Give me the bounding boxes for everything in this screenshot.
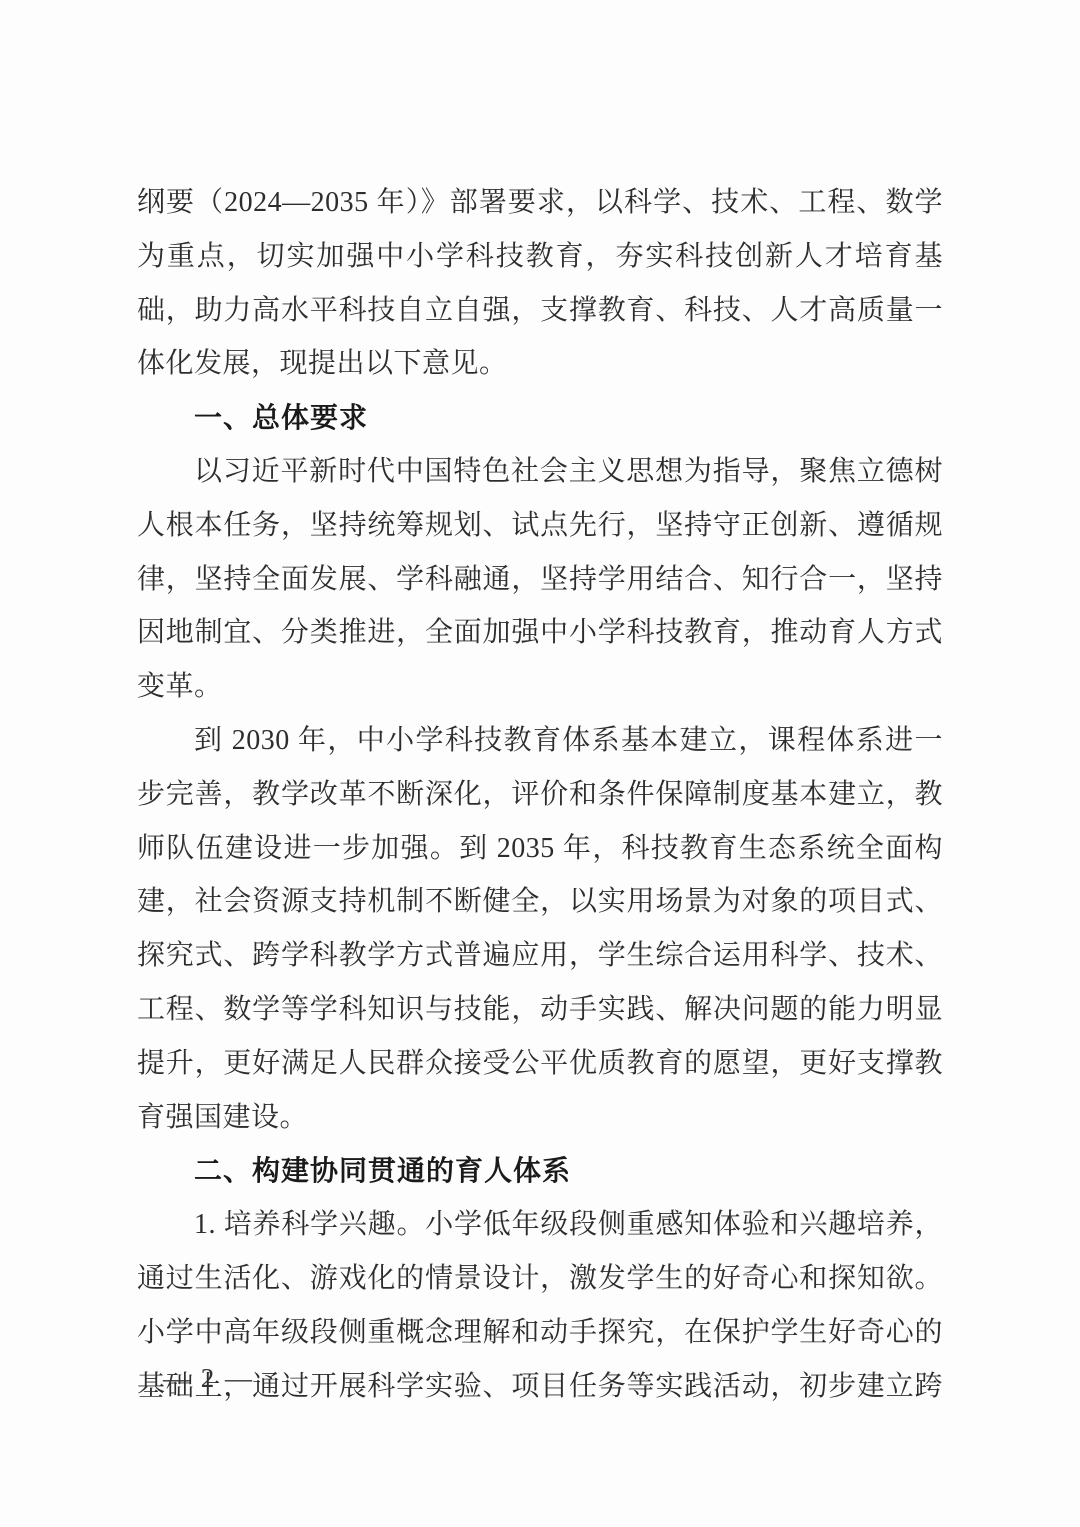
- text-line: 到 2030 年，中小学科技教育体系基本建立，课程体系进一: [137, 714, 943, 768]
- text-line: 为重点，切实加强中小学科技教育，夯实科技创新人才培育基: [137, 230, 943, 284]
- text-line: 因地制宜、分类推进，全面加强中小学科技教育，推动育人方式: [137, 606, 943, 660]
- document-body: 纲要（2024—2035 年）》部署要求，以科学、技术、工程、数学为重点，切实加…: [137, 176, 943, 1413]
- text-line: 通过生活化、游戏化的情景设计，激发学生的好奇心和探知欲。: [137, 1252, 943, 1306]
- text-line: 步完善，教学改革不断深化，评价和条件保障制度基本建立，教: [137, 768, 943, 822]
- text-line: 人根本任务，坚持统筹规划、试点先行，坚持守正创新、遵循规: [137, 499, 943, 553]
- text-line: 律，坚持全面发展、学科融通，坚持学用结合、知行合一，坚持: [137, 553, 943, 607]
- text-line: 纲要（2024—2035 年）》部署要求，以科学、技术、工程、数学: [137, 176, 943, 230]
- text-line: 提升，更好满足人民群众接受公平优质教育的愿望，更好支撑教: [137, 1037, 943, 1091]
- text-line: 建，社会资源支持机制不断健全，以实用场景为对象的项目式、: [137, 875, 943, 929]
- text-line: 体化发展，现提出以下意见。: [137, 337, 943, 391]
- text-line: 以习近平新时代中国特色社会主义思想为指导，聚焦立德树: [137, 445, 943, 499]
- text-line: 师队伍建设进一步加强。到 2035 年，科技教育生态系统全面构: [137, 822, 943, 876]
- page-number: — 2 —: [163, 1356, 254, 1400]
- text-line: 变革。: [137, 660, 943, 714]
- text-line: 础，助力高水平科技自立自强，支撑教育、科技、人才高质量一: [137, 284, 943, 338]
- text-line: 1. 培养科学兴趣。小学低年级段侧重感知体验和兴趣培养，: [137, 1198, 943, 1252]
- section-heading: 一、总体要求: [137, 391, 943, 445]
- text-line: 育强国建设。: [137, 1091, 943, 1145]
- text-line: 探究式、跨学科教学方式普遍应用，学生综合运用科学、技术、: [137, 929, 943, 983]
- text-line: 基础上，通过开展科学实验、项目任务等实践活动，初步建立跨: [137, 1360, 943, 1414]
- text-line: 小学中高年级段侧重概念理解和动手探究，在保护学生好奇心的: [137, 1306, 943, 1360]
- text-line: 工程、数学等学科知识与技能，动手实践、解决问题的能力明显: [137, 983, 943, 1037]
- section-heading: 二、构建协同贯通的育人体系: [137, 1144, 943, 1198]
- document-page: 纲要（2024—2035 年）》部署要求，以科学、技术、工程、数学为重点，切实加…: [0, 0, 1080, 1527]
